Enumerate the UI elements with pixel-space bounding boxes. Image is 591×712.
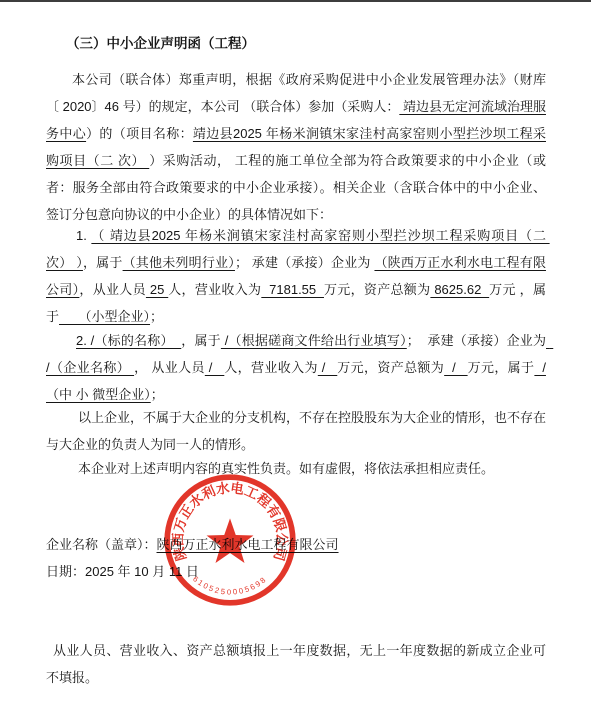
text-run: 万元，属于 bbox=[468, 360, 535, 375]
underlined-field: / bbox=[444, 360, 467, 375]
declaration-document-page: （三）中小企业声明函（工程） 本公司（联合体）郑重声明，根据《政府采购促进中小企… bbox=[0, 0, 591, 712]
signature-date-line: 日期：2025 年 10 月 11 日 bbox=[46, 558, 546, 585]
underlined-field: /（根据磋商文件给出行业填写） bbox=[221, 333, 407, 348]
document-title: （三）中小企业声明函（工程） bbox=[46, 30, 546, 57]
underlined-field: / bbox=[318, 360, 337, 375]
company-name-field: 陕西万正水利水电工程有限公司 bbox=[157, 537, 339, 552]
text-run: 人，营业收入为 bbox=[224, 360, 318, 375]
text-run: ； bbox=[150, 309, 163, 324]
underlined-field: （小型企业） bbox=[59, 309, 150, 324]
text-run: ，从业人员 bbox=[79, 282, 146, 297]
text-run: 万元，资产总额为 bbox=[337, 360, 444, 375]
text-run: ，属于 bbox=[181, 333, 221, 348]
footnote-paragraph: 从业人员、营业收入、资产总额填报上一年度数据，无上一年度数据的新成立企业可不填报… bbox=[46, 637, 546, 691]
text-run: ； 承建（承接）企业为 bbox=[235, 255, 375, 270]
underlined-field: （其他未列明行业） bbox=[123, 255, 235, 270]
underlined-field: 2. /（标的名称） bbox=[76, 333, 181, 348]
signature-company-line: 企业名称（盖章）：陕西万正水利水电工程有限公司 bbox=[46, 531, 546, 558]
text-run: ； bbox=[151, 387, 164, 402]
text-run: ， 从业人员 bbox=[134, 360, 205, 375]
company-seal-label: 企业名称（盖章）： bbox=[46, 537, 157, 552]
enterprise-item-2: 2. /（标的名称） ，属于 /（根据磋商文件给出行业填写）； 承建（承接）企业… bbox=[46, 327, 546, 408]
enterprise-item-1: 1. （ 靖边县2025 年杨米涧镇宋家洼村高家窑则小型拦沙坝工程采购项目（二 … bbox=[46, 222, 546, 330]
underlined-field: 8625.62 bbox=[430, 282, 489, 297]
text-run: 万元，资产总额为 bbox=[324, 282, 430, 297]
underlined-field: / bbox=[205, 360, 224, 375]
text-run: ； 承建（承接）企业为 bbox=[407, 333, 546, 348]
underlined-field: 7181.55 bbox=[261, 282, 324, 297]
text-run: ）的（项目名称： bbox=[86, 126, 193, 141]
text-run: ，属于 bbox=[83, 255, 123, 270]
text-run: 人，营业收入为 bbox=[168, 282, 261, 297]
window-top-border bbox=[0, 0, 591, 2]
responsibility-paragraph: 本企业对上述声明内容的真实性负责。如有虚假，将依法承担相应责任。 bbox=[46, 455, 546, 482]
declaration-paragraph: 本公司（联合体）郑重声明，根据《政府采购促进中小企业发展管理办法》（财库 〔 2… bbox=[46, 66, 546, 228]
no-large-enterprise-paragraph: 以上企业，不属于大企业的分支机构，不存在控股股东为大企业的情形，也不存在与大企业… bbox=[46, 404, 546, 458]
underlined-field: 25 bbox=[146, 282, 168, 297]
text-run: 1. bbox=[76, 228, 91, 243]
